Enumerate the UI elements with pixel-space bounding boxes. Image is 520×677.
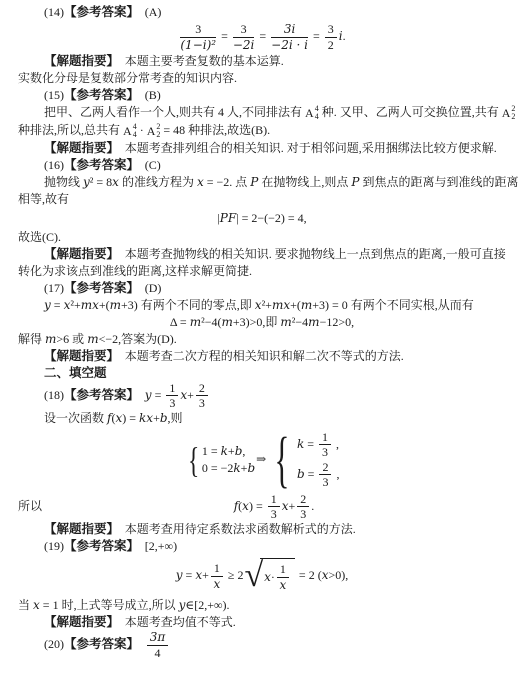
q18-fx-formula: f(x) = 13x+23. — [42, 493, 506, 521]
q14-guide: 【解题指要】 本题主要考查复数的基本运算. — [18, 53, 506, 70]
q15-body-2: 种排法,所以,总共有 A44 · A22 = 48 种排法,故选(B). — [18, 122, 506, 140]
q19-formula: y = x+1x ≥ 2√x · 1x = 2 (x>0), — [18, 558, 506, 594]
q18-soyi-label: 所以 — [18, 498, 42, 515]
q14-header: (14)【参考答案】 (A) — [18, 4, 506, 21]
q16-formula: |PF| = 2−(−2) = 4, — [18, 210, 506, 227]
q18-header: (18)【参考答案】 y = 13x+23 — [18, 382, 506, 410]
q19-body-1: 当 x = 1 时,上式等号成立,所以 y∈[2,+∞). — [18, 597, 506, 614]
q17-header: (17)【参考答案】 (D) — [18, 280, 506, 297]
q14-note: 实数化分母是复数部分常考查的知识内容. — [18, 70, 506, 87]
q15-header: (15)【参考答案】 (B) — [18, 87, 506, 104]
q20-header: (20)【参考答案】 3π4 — [18, 631, 506, 659]
q19-header: (19)【参考答案】 [2,+∞) — [18, 538, 506, 555]
section-2-title: 二、填空题 — [18, 365, 506, 382]
q17-formula: Δ = m²−4(m+3)>0,即 m²−4m−12>0, — [18, 314, 506, 331]
q16-body-3: 故选(C). — [18, 229, 506, 246]
q19-guide: 【解题指要】 本题考查均值不等式. — [18, 614, 506, 631]
q16-guide: 【解题指要】 本题考查抛物线的相关知识. 要求抛物线上一点到焦点的距离,一般可直… — [18, 246, 506, 263]
q18-system: {1 = k+b,0 = −2k+b⇒{k = 13 ,b = 23 , — [18, 429, 506, 491]
q15-guide: 【解题指要】 本题考查排列组合的相关知识. 对于相邻问题,采用捆绑法比较方便求解… — [18, 140, 506, 157]
q17-body-2: 解得 m>6 或 m<−2,答案为(D). — [18, 331, 506, 348]
q16-body-4: 转化为求该点到准线的距离,这样求解更简捷. — [18, 263, 506, 280]
q17-body-1: y = x²+mx+(m+3) 有两个不同的零点,即 x²+mx+(m+3) =… — [18, 297, 506, 314]
q18-body-1: 设一次函数 f(x) = kx+b,则 — [18, 410, 506, 427]
q16-header: (16)【参考答案】 (C) — [18, 157, 506, 174]
document-page: (14)【参考答案】 (A) 3(1−i)² = 3−2i = 3i−2i · … — [0, 0, 520, 677]
q17-guide: 【解题指要】 本题考查二次方程的相关知识和解二次不等式的方法. — [18, 348, 506, 365]
q16-body-2: 相等,故有 — [18, 191, 506, 208]
q18-guide: 【解题指要】 本题考查用待定系数法求函数解析式的方法. — [18, 521, 506, 538]
q15-body-1: 把甲、乙两人看作一个人,则共有 4 人,不同排法有 A44 种. 又甲、乙两人可… — [18, 104, 506, 122]
q16-body-1: 抛物线 y² = 8x 的准线方程为 x = −2. 点 P 在抛物线上,则点 … — [18, 174, 506, 191]
q18-conclusion: 所以 f(x) = 13x+23. — [18, 493, 506, 521]
q14-formula: 3(1−i)² = 3−2i = 3i−2i · i = 32i. — [18, 23, 506, 51]
